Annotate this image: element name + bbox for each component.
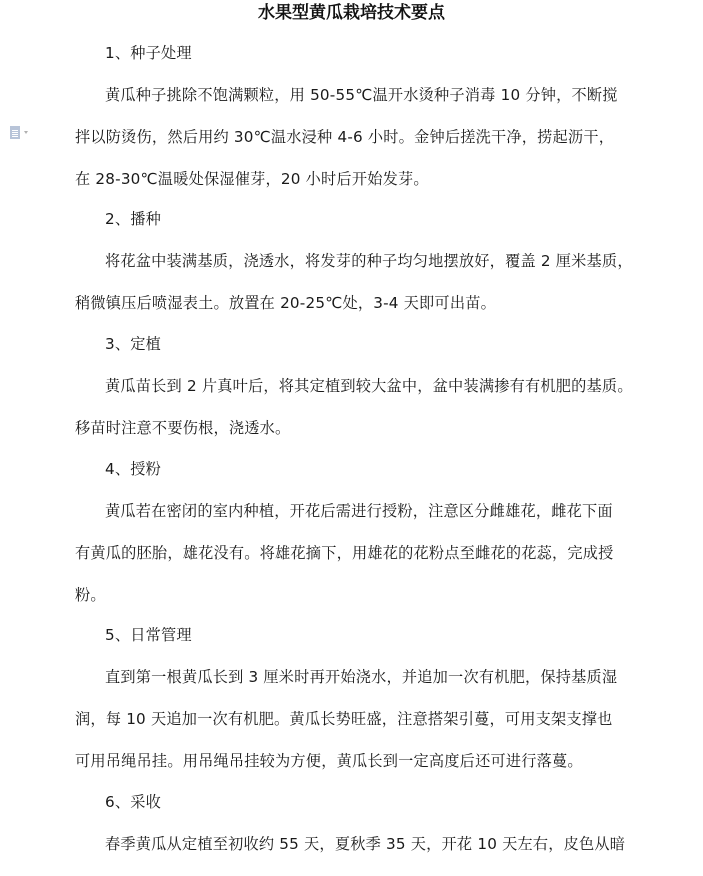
section-heading: 4、授粉 bbox=[105, 459, 161, 479]
paragraph-line: 移苗时注意不要伤根，浇透水。 bbox=[75, 418, 290, 438]
section-heading: 2、播种 bbox=[105, 209, 161, 229]
paragraph-line: 有黄瓜的胚胎，雄花没有。将雄花摘下，用雄花的花粉点至雌花的花蕊，完成授 bbox=[75, 543, 614, 563]
paragraph-line: 可用吊绳吊挂。用吊绳吊挂较为方便，黄瓜长到一定高度后还可进行落蔓。 bbox=[75, 751, 583, 771]
chevron-down-icon bbox=[24, 131, 28, 134]
section-heading: 6、采收 bbox=[105, 792, 161, 812]
paragraph-line: 粉。 bbox=[75, 585, 106, 605]
paragraph-line: 黄瓜苗长到 2 片真叶后，将其定植到较大盆中，盆中装满掺有有机肥的基质。 bbox=[105, 376, 633, 396]
paragraph-line: 将花盆中装满基质，浇透水，将发芽的种子均匀地摆放好，覆盖 2 厘米基质， bbox=[105, 251, 633, 271]
paragraph-line: 润，每 10 天追加一次有机肥。黄瓜长势旺盛，注意搭架引蔓，可用支架支撑也 bbox=[75, 709, 613, 729]
paragraph-line: 直到第一根黄瓜长到 3 厘米时再开始浇水，并追加一次有机肥，保持基质湿 bbox=[105, 667, 617, 687]
paragraph-line: 黄瓜若在密闭的室内种植，开花后需进行授粉，注意区分雌雄花，雌花下面 bbox=[105, 501, 613, 521]
paragraph-line: 稍微镇压后喷湿表土。放置在 20-25℃处，3-4 天即可出苗。 bbox=[75, 293, 496, 313]
section-heading: 5、日常管理 bbox=[105, 625, 192, 645]
paragraph-line: 在 28-30℃温暖处保湿催芽，20 小时后开始发芽。 bbox=[75, 169, 429, 189]
section-heading: 3、定植 bbox=[105, 334, 161, 354]
paragraph-line: 拌以防烫伤，然后用约 30℃温水浸种 4-6 小时。金钟后搓洗干净，捞起沥干， bbox=[75, 127, 614, 147]
document-icon bbox=[10, 126, 20, 139]
section-heading: 1、种子处理 bbox=[105, 43, 192, 63]
paragraph-menu-button[interactable] bbox=[10, 124, 38, 140]
paragraph-line: 春季黄瓜从定植至初收约 55 天，夏秋季 35 天，开花 10 天左右，皮色从暗 bbox=[105, 834, 625, 854]
document-title: 水果型黄瓜栽培技术要点 bbox=[0, 0, 703, 26]
paragraph-line: 黄瓜种子挑除不饱满颗粒，用 50-55℃温开水烫种子消毒 10 分钟，不断搅 bbox=[105, 85, 618, 105]
